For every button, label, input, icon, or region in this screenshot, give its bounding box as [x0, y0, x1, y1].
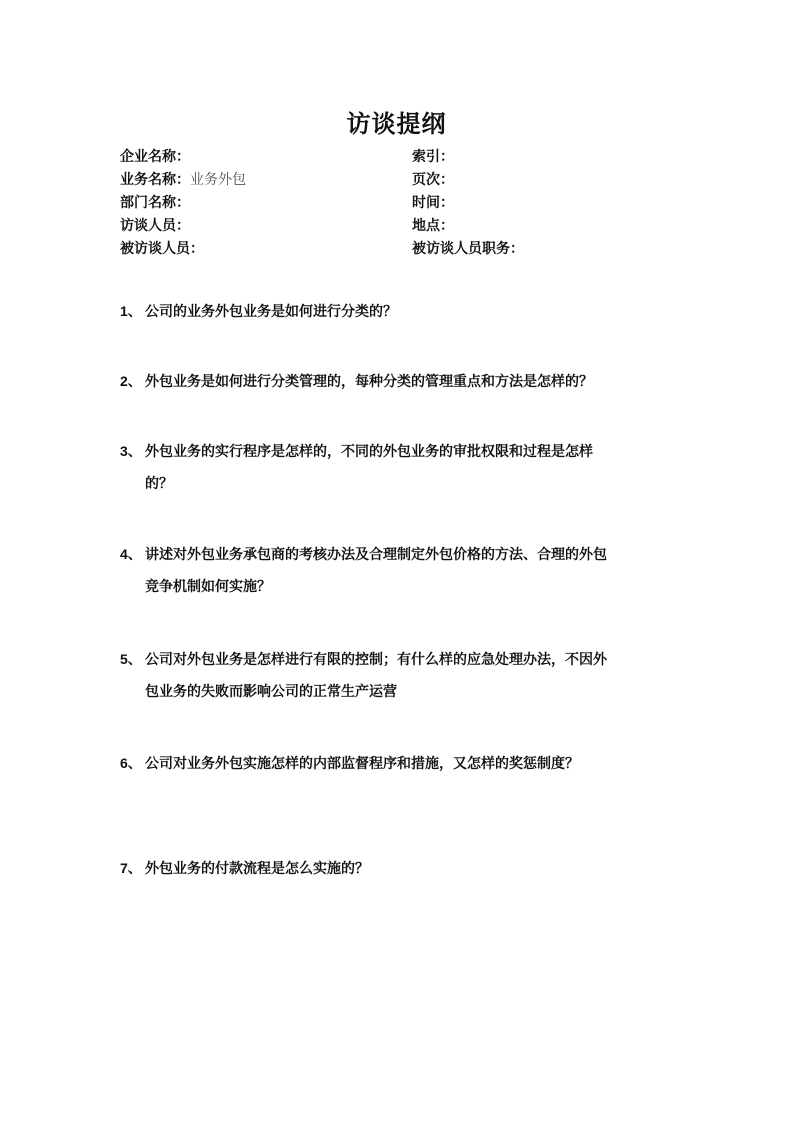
- business-name-value: 业务外包: [190, 172, 246, 188]
- question-text: 外包业务是如何进行分类管理的，每种分类的管理重点和方法是怎样的？: [145, 374, 593, 390]
- interviewee-label: 被访谈人员：: [120, 238, 204, 261]
- question-number: 3、: [120, 435, 145, 467]
- question-7: 7、外包业务的付款流程是怎么实施的？: [120, 852, 690, 885]
- info-row: 访谈人员： 地点：: [120, 215, 680, 238]
- time-label: 时间：: [412, 192, 454, 215]
- department-label: 部门名称：: [120, 192, 190, 215]
- question-number: 4、: [120, 538, 145, 570]
- question-4: 4、讲述对外包业务承包商的考核办法及合理制定外包价格的方法、合理的外包 竞争机制…: [120, 538, 690, 603]
- question-1: 1、公司的业务外包业务是如何进行分类的？: [120, 295, 690, 328]
- question-3: 3、外包业务的实行程序是怎样的，不同的外包业务的审批权限和过程是怎样 的？: [120, 435, 690, 500]
- document-title: 访谈提纲: [0, 104, 793, 139]
- business-name-label: 业务名称：: [120, 172, 190, 188]
- question-2: 2、外包业务是如何进行分类管理的，每种分类的管理重点和方法是怎样的？: [120, 365, 690, 398]
- info-table: 企业名称： 索引： 业务名称：业务外包 页次： 部门名称： 时间： 访谈人员： …: [120, 146, 680, 261]
- question-text-continued: 竞争机制如何实施？: [120, 571, 690, 603]
- info-row: 业务名称：业务外包 页次：: [120, 169, 680, 192]
- question-number: 6、: [120, 747, 145, 779]
- index-label: 索引：: [412, 146, 454, 169]
- interviewee-title-label: 被访谈人员职务：: [412, 238, 524, 261]
- question-text: 外包业务的实行程序是怎样的，不同的外包业务的审批权限和过程是怎样: [145, 444, 593, 460]
- question-text-continued: 的？: [120, 468, 690, 500]
- business-name-field: 业务名称：业务外包: [120, 169, 246, 192]
- question-text: 公司对外包业务是怎样进行有限的控制；有什么样的应急处理办法，不因外: [145, 652, 607, 668]
- info-row: 部门名称： 时间：: [120, 192, 680, 215]
- info-row: 被访谈人员： 被访谈人员职务：: [120, 238, 680, 261]
- question-6: 6、公司对业务外包实施怎样的内部监督程序和措施，又怎样的奖惩制度？: [120, 747, 690, 780]
- question-text-continued: 包业务的失败而影响公司的正常生产运营: [120, 676, 690, 708]
- question-5: 5、公司对外包业务是怎样进行有限的控制；有什么样的应急处理办法，不因外 包业务的…: [120, 643, 690, 708]
- page-label: 页次：: [412, 169, 454, 192]
- question-text: 公司对业务外包实施怎样的内部监督程序和措施，又怎样的奖惩制度？: [145, 756, 579, 772]
- company-name-label: 企业名称：: [120, 146, 190, 169]
- question-number: 5、: [120, 643, 145, 675]
- question-text: 外包业务的付款流程是怎么实施的？: [145, 861, 369, 877]
- question-number: 2、: [120, 365, 145, 397]
- question-number: 7、: [120, 852, 145, 884]
- question-text: 讲述对外包业务承包商的考核办法及合理制定外包价格的方法、合理的外包: [145, 547, 607, 563]
- question-number: 1、: [120, 295, 145, 327]
- location-label: 地点：: [412, 215, 454, 238]
- info-row: 企业名称： 索引：: [120, 146, 680, 169]
- question-text: 公司的业务外包业务是如何进行分类的？: [145, 304, 397, 320]
- interviewer-label: 访谈人员：: [120, 215, 190, 238]
